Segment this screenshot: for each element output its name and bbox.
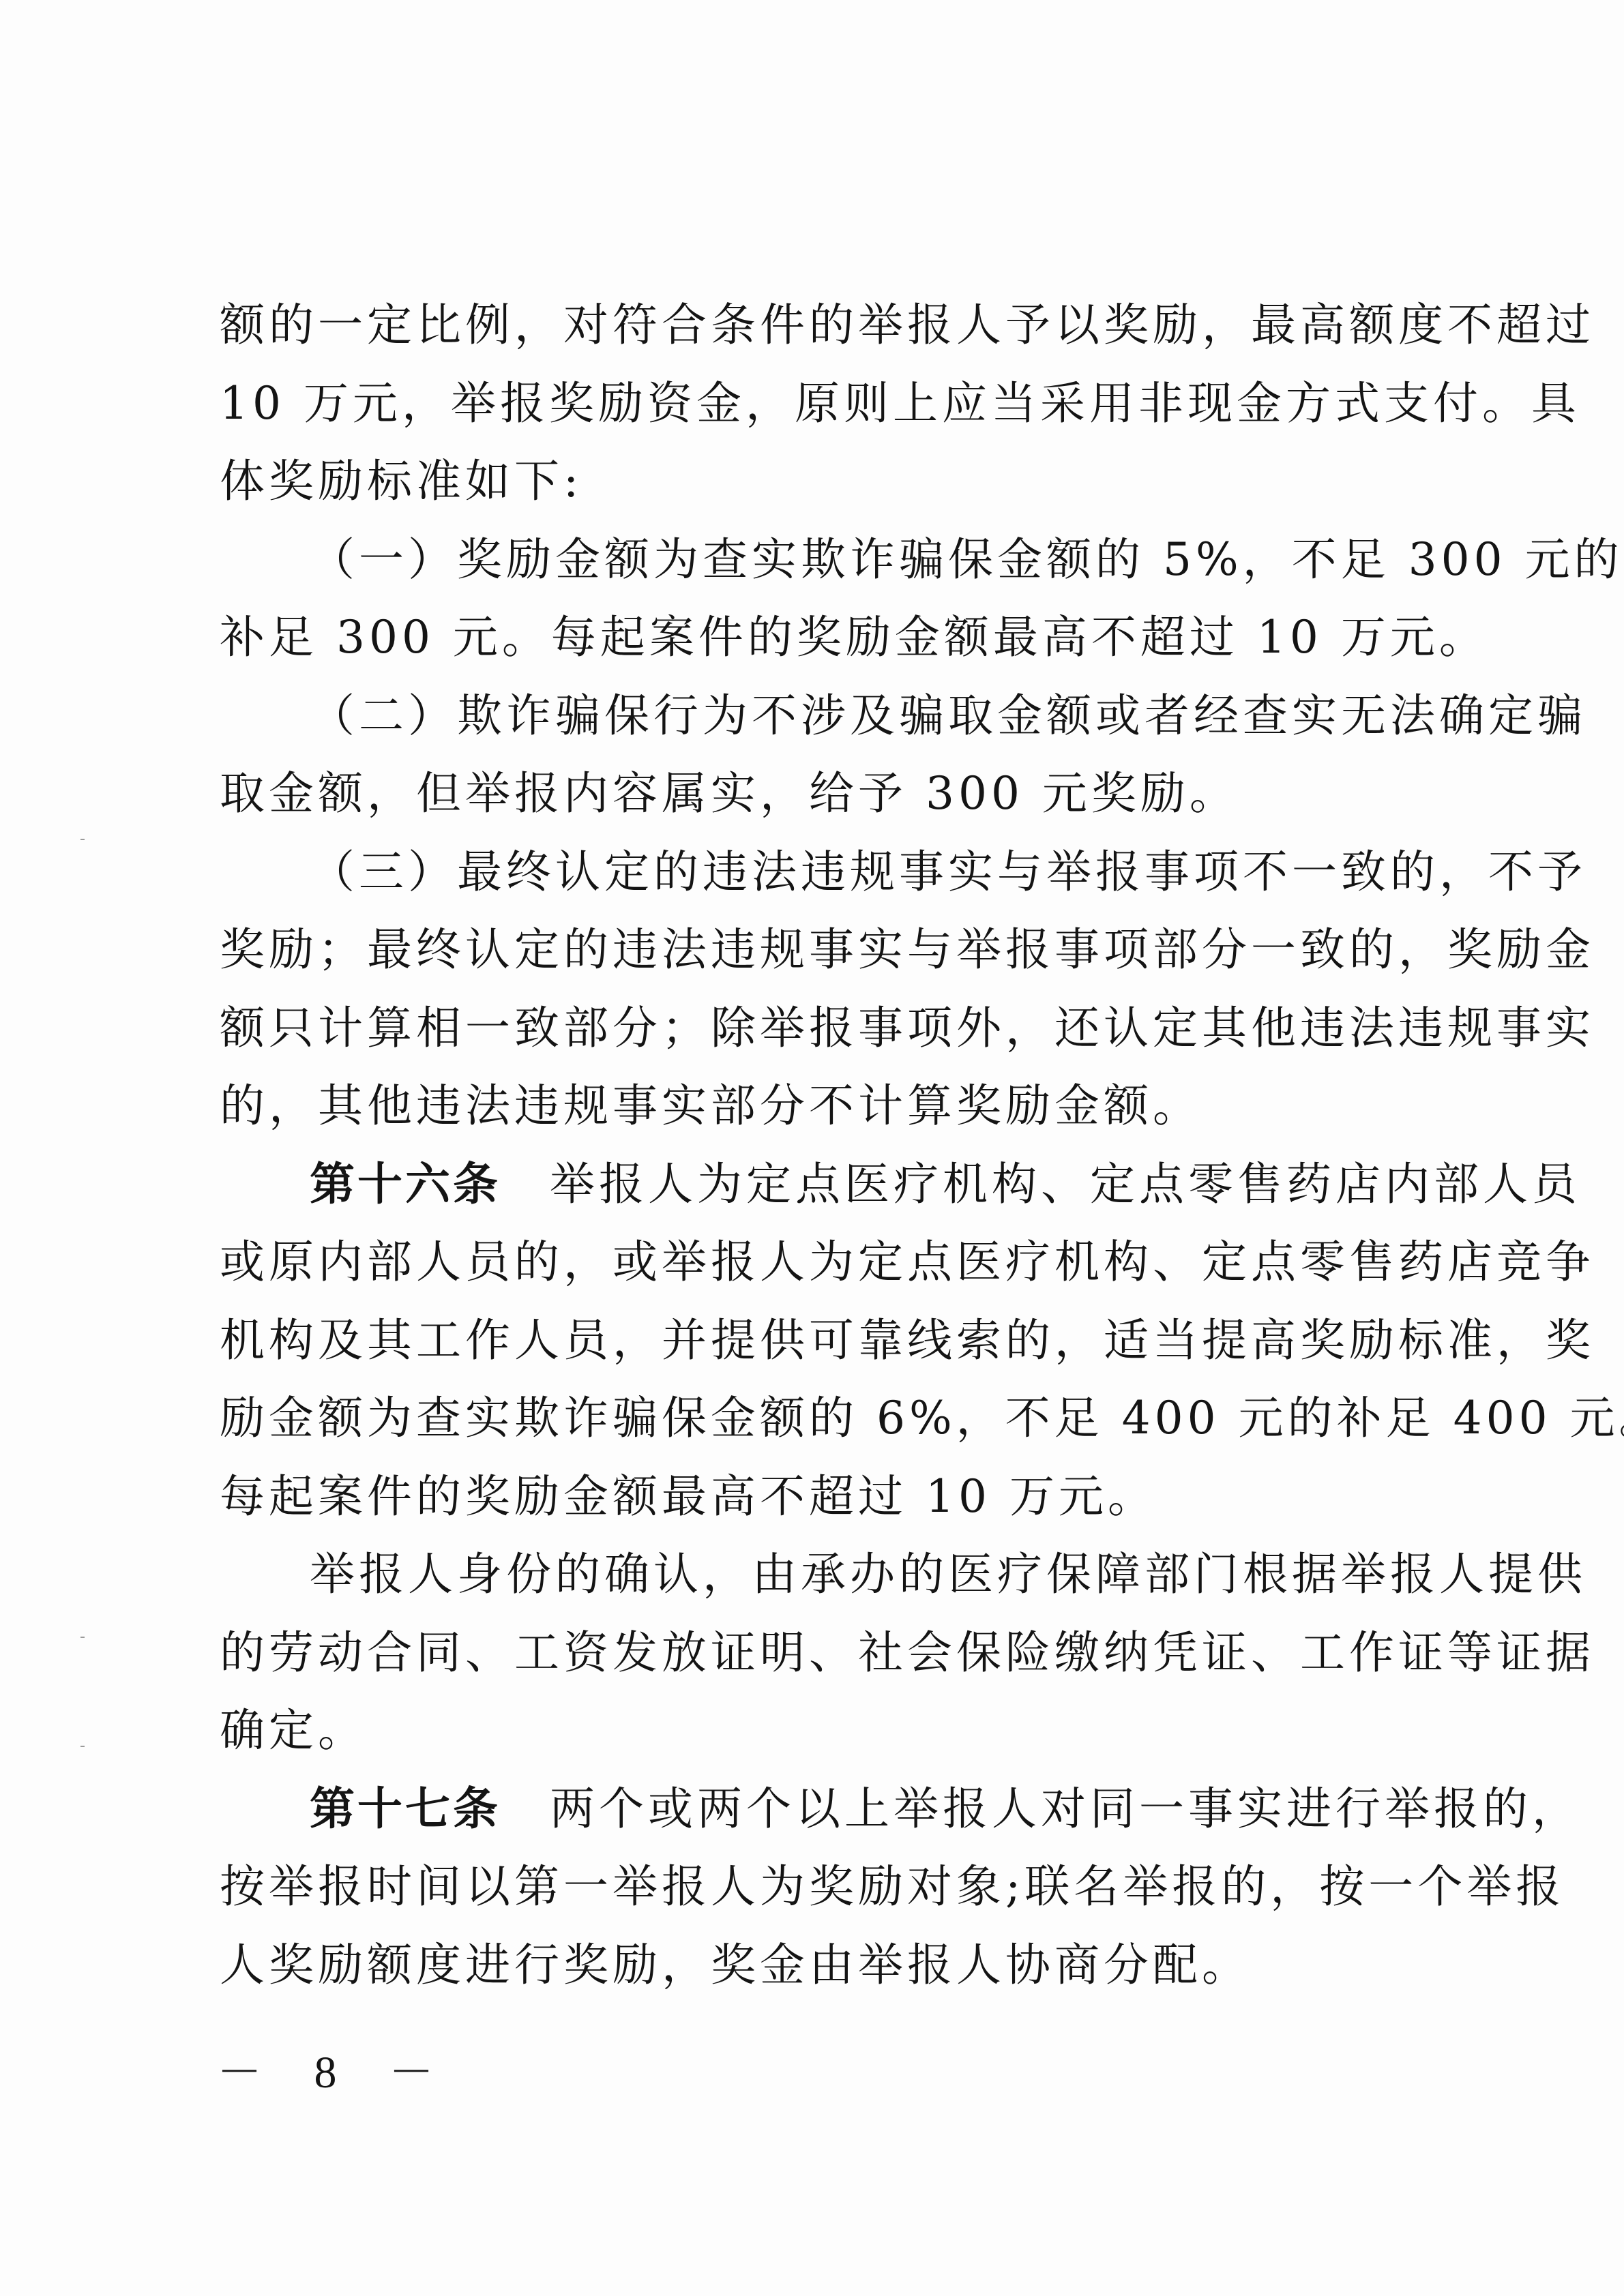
text-line: （一）奖励金额为查实欺诈骗保金额的 5%，不足 300 元的 <box>220 521 1434 599</box>
article-text: 两个或两个以上举报人对同一事实进行举报的， <box>501 1783 1581 1835</box>
scan-mark <box>80 1637 85 1638</box>
text-line: 举报人身份的确认，由承办的医疗保障部门根据举报人提供 <box>220 1536 1434 1614</box>
text-line: 人奖励额度进行奖励，奖金由举报人协商分配。 <box>220 1926 1434 2005</box>
document-body: 额的一定比例，对符合条件的举报人予以奖励，最高额度不超过 10 万元，举报奖励资… <box>220 286 1434 2004</box>
article-17-line: 第十七条 两个或两个以上举报人对同一事实进行举报的， <box>220 1770 1434 1849</box>
text-line: 或原内部人员的，或举报人为定点医疗机构、定点零售药店竞争 <box>220 1223 1434 1302</box>
article-text: 举报人为定点医疗机构、定点零售药店内部人员 <box>501 1158 1581 1210</box>
article-heading: 第十六条 <box>310 1158 501 1210</box>
text-line: 机构及其工作人员，并提供可靠线索的，适当提高奖励标准，奖 <box>220 1302 1434 1380</box>
text-line: 奖励；最终认定的违法违规事实与举报事项部分一致的，奖励金 <box>220 911 1434 989</box>
text-line: 每起案件的奖励金额最高不超过 10 万元。 <box>220 1458 1434 1536</box>
scan-mark <box>80 1746 85 1747</box>
text-line: （二）欺诈骗保行为不涉及骗取金额或者经查实无法确定骗 <box>220 677 1434 756</box>
text-line: （三）最终认定的违法违规事实与举报事项不一致的，不予 <box>220 833 1434 912</box>
page-number: － 8 － <box>217 2036 454 2100</box>
text-line: 额只计算相一致部分；除举报事项外，还认定其他违法违规事实 <box>220 989 1434 1068</box>
text-line: 按举报时间以第一举报人为奖励对象;联名举报的，按一个举报 <box>220 1848 1434 1926</box>
text-line: 补足 300 元。每起案件的奖励金额最高不超过 10 万元。 <box>220 599 1434 677</box>
text-line: 的劳动合同、工资发放证明、社会保险缴纳凭证、工作证等证据 <box>220 1614 1434 1693</box>
text-line: 的，其他违法违规事实部分不计算奖励金额。 <box>220 1067 1434 1146</box>
scan-mark <box>80 839 85 840</box>
document-page: 额的一定比例，对符合条件的举报人予以奖励，最高额度不超过 10 万元，举报奖励资… <box>0 0 1624 2296</box>
text-line: 额的一定比例，对符合条件的举报人予以奖励，最高额度不超过 <box>220 286 1434 365</box>
article-heading: 第十七条 <box>310 1783 501 1835</box>
text-line: 体奖励标准如下: <box>220 443 1434 521</box>
article-16-line: 第十六条 举报人为定点医疗机构、定点零售药店内部人员 <box>220 1146 1434 1224</box>
text-line: 取金额，但举报内容属实，给予 300 元奖励。 <box>220 755 1434 833</box>
text-line: 10 万元，举报奖励资金，原则上应当采用非现金方式支付。具 <box>220 365 1434 443</box>
text-line: 励金额为查实欺诈骗保金额的 6%，不足 400 元的补足 400 元。 <box>220 1380 1434 1458</box>
text-line: 确定。 <box>220 1692 1434 1770</box>
